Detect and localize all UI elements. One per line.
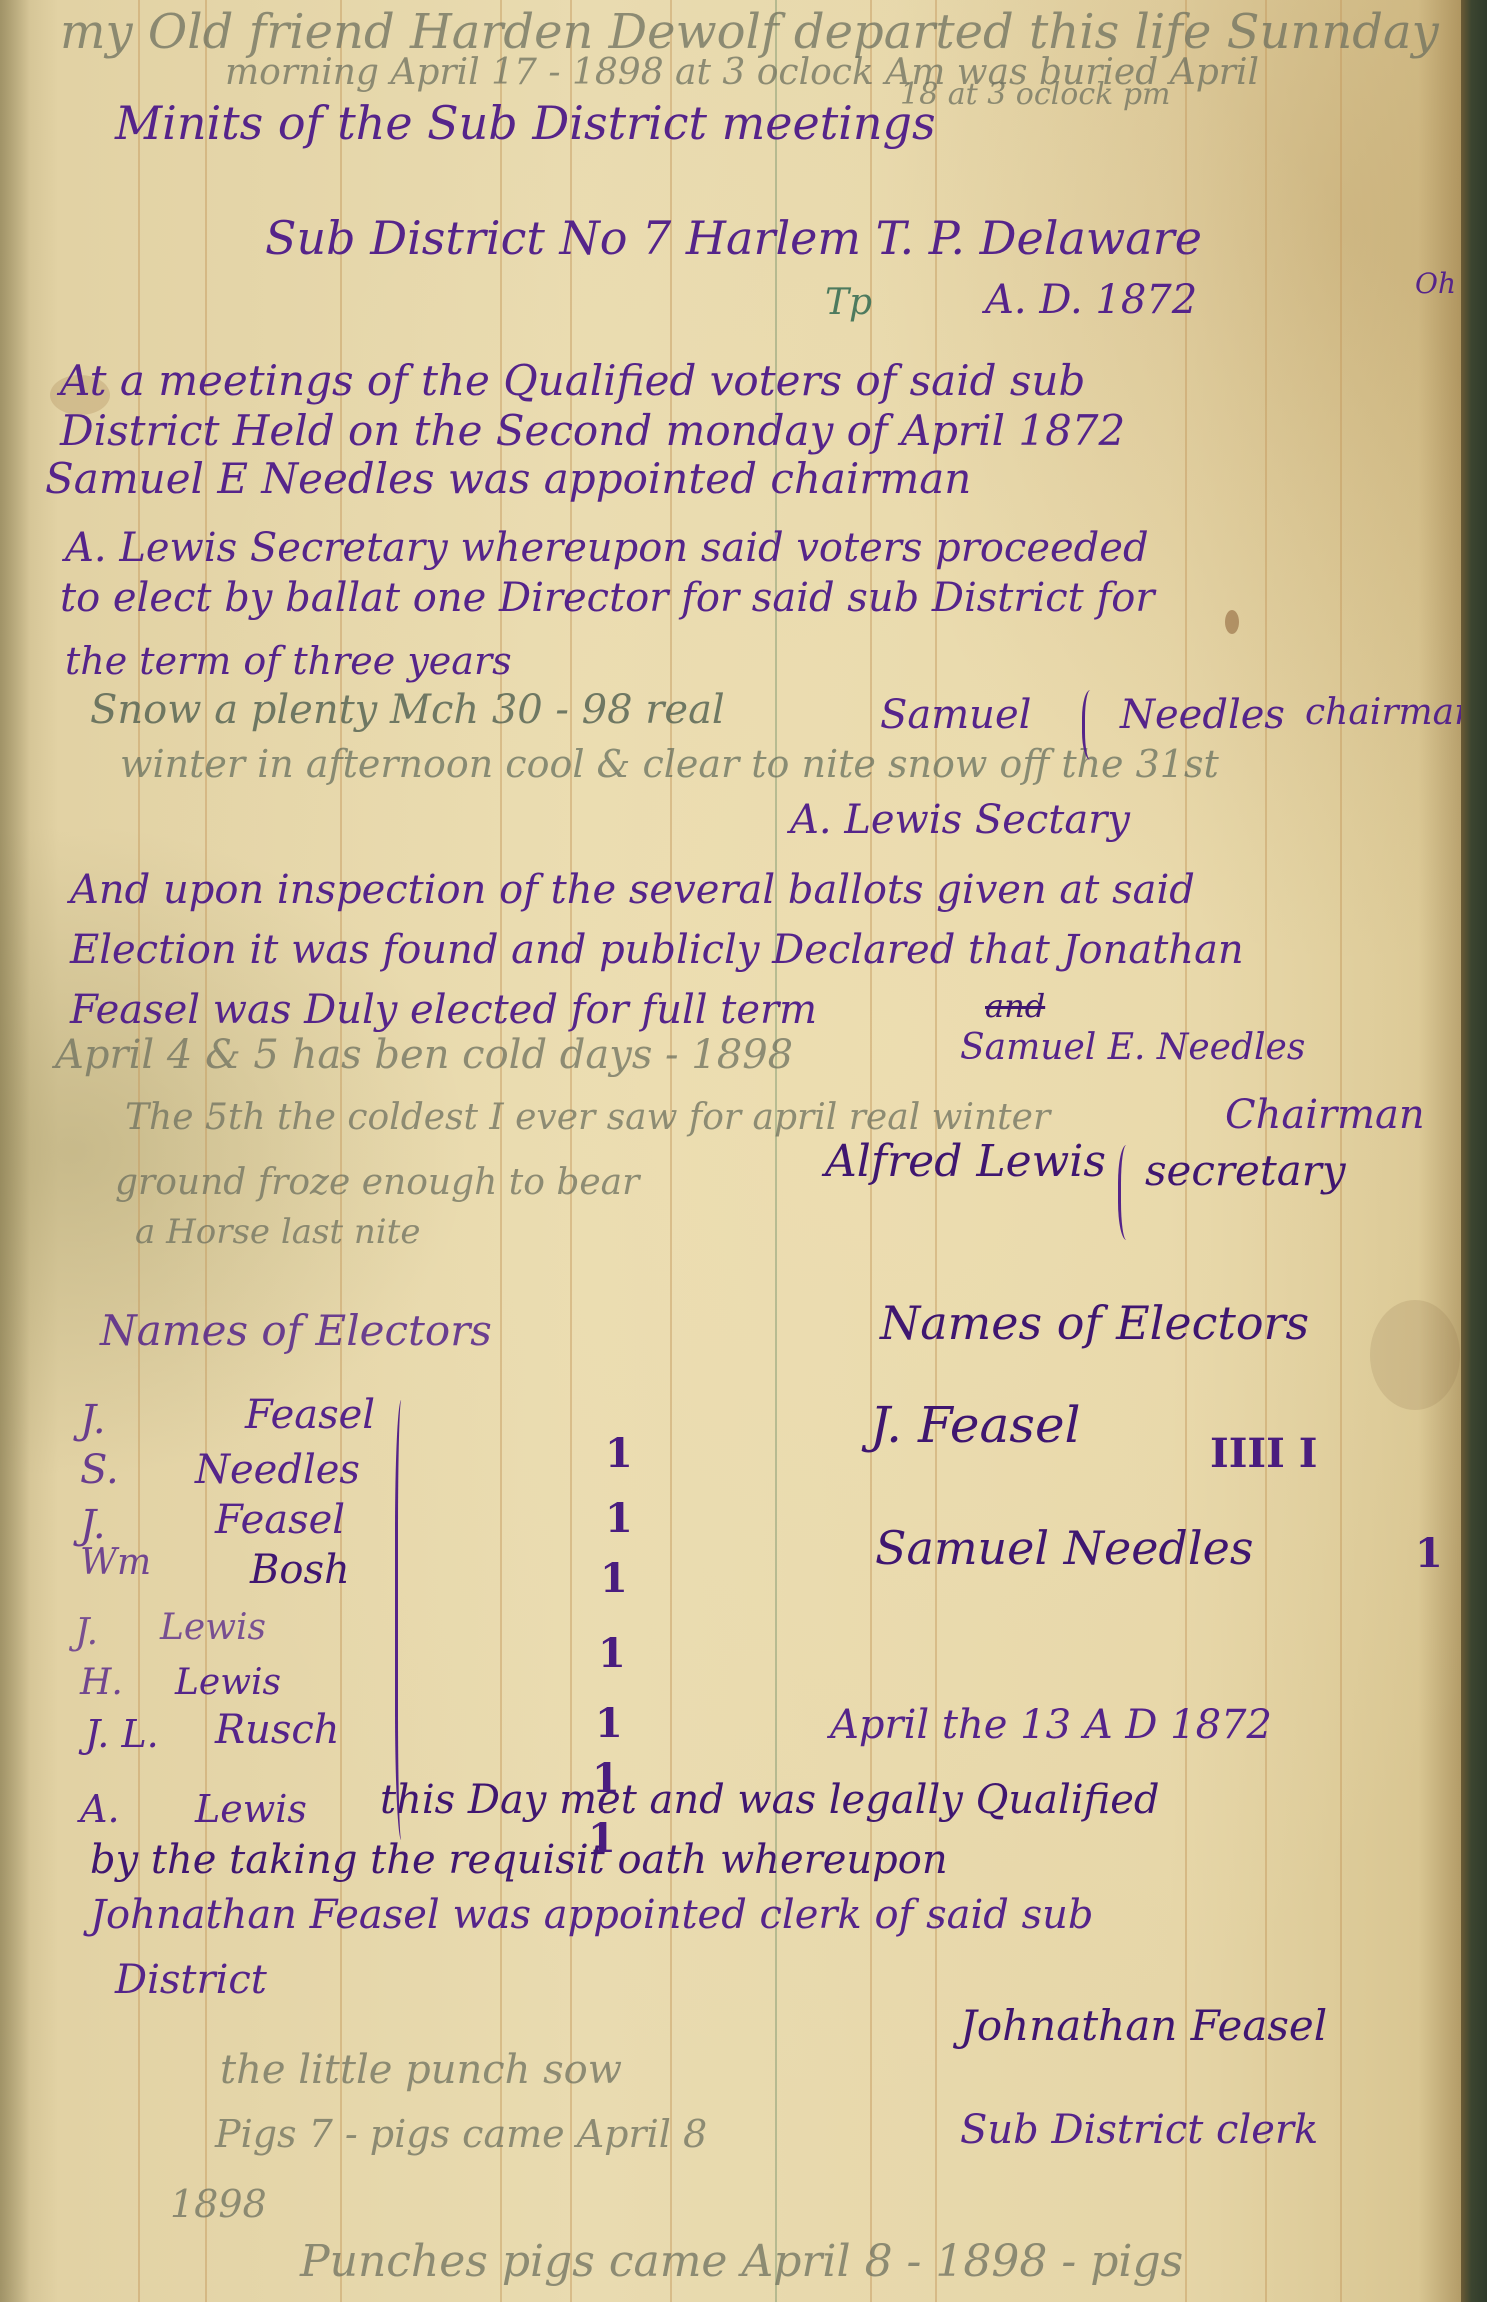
elector-surname: Needles <box>195 1450 360 1490</box>
stain <box>1370 1300 1460 1410</box>
pencil-note-cold-line4: a Horse last nite <box>135 1215 420 1249</box>
ledger-page: my Old friend Harden Dewolf departed thi… <box>0 0 1462 2302</box>
chairman-role-2: Chairman <box>1225 1095 1425 1135</box>
vote-mark: 1 <box>595 1700 623 1747</box>
vote-mark: 1 <box>605 1495 633 1542</box>
stain <box>1225 610 1239 634</box>
paragraph2-line1: And upon inspection of the several ballo… <box>70 870 1195 910</box>
result-tally: IIII I <box>1210 1430 1317 1477</box>
brace-bracket <box>1118 1145 1139 1240</box>
pencil-note-snow-line1: Snow a plenty Mch 30 - 98 real <box>90 690 725 730</box>
pencil-note-cold-line2: The 5th the coldest I ever saw for april… <box>125 1100 1050 1136</box>
state-abbrev: Oh <box>1415 270 1456 298</box>
elector-surname: Feasel <box>215 1500 345 1540</box>
ruled-line <box>340 0 342 2302</box>
electors-right-heading: Names of Electors <box>880 1300 1309 1346</box>
chairman-name: Samuel <box>880 695 1031 735</box>
elector-surname: Lewis <box>195 1790 307 1828</box>
elector-initial: J. <box>80 1400 106 1440</box>
pencil-note-pigs-line2: Pigs 7 - pigs came April 8 <box>215 2115 707 2153</box>
elector-surname: Bosh <box>250 1550 350 1590</box>
chairman-signature-2: Samuel E. Needles <box>960 1030 1305 1066</box>
pencil-note-cold-line1: April 4 & 5 has ben cold days - 1898 <box>55 1035 793 1075</box>
pencil-note-top-line1: my Old friend Harden Dewolf departed thi… <box>60 8 1439 56</box>
clerk-role: Sub District clerk <box>960 2110 1318 2150</box>
paragraph2-line3: Feasel was Duly elected for full term <box>70 990 817 1030</box>
vote-mark: 1 <box>600 1555 628 1602</box>
elector-initial: S. <box>80 1450 119 1490</box>
year-line: A. D. 1872 <box>985 280 1197 320</box>
pencil-note-cold-line3: ground froze enough to bear <box>115 1165 639 1201</box>
secretary-role-2: secretary <box>1145 1150 1346 1192</box>
chairman-surname: Needles <box>1120 695 1285 735</box>
elector-initial: H. <box>80 1665 123 1701</box>
paragraph1-line4: A. Lewis Secretary whereupon said voters… <box>65 528 1149 568</box>
pencil-note-pigs-line1: the little punch sow <box>220 2050 622 2090</box>
elector-initial: J. <box>75 1615 98 1651</box>
paragraph1-line5: to elect by ballat one Director for said… <box>60 578 1154 618</box>
elector-initial: J. L. <box>85 1715 159 1753</box>
ruled-line-green <box>775 0 777 2302</box>
brace-bracket <box>1082 690 1103 760</box>
elector-surname: Rusch <box>215 1710 340 1750</box>
oath-line4: District <box>115 1960 267 2000</box>
vote-mark: 1 <box>598 1630 626 1677</box>
elector-initial: Wm <box>80 1545 151 1581</box>
secretary-signature: A. Lewis Sectary <box>790 800 1130 840</box>
paragraph2-line2: Election it was found and publicly Decla… <box>70 930 1244 970</box>
oath-line2: by the taking the requisit oath whereupo… <box>90 1840 948 1880</box>
tp-abbrev: Tp <box>825 285 872 321</box>
elector-initial: J. <box>80 1505 106 1545</box>
result-name: J. Feasel <box>870 1400 1081 1450</box>
vote-mark: 1 <box>605 1430 633 1477</box>
elector-surname: Lewis <box>160 1610 266 1646</box>
elector-surname: Lewis <box>175 1665 281 1701</box>
clerk-signature: Johnathan Feasel <box>960 2005 1327 2047</box>
elector-surname: Feasel <box>245 1395 375 1435</box>
result-name: Samuel Needles <box>875 1525 1253 1571</box>
spine-shadow <box>0 0 30 2302</box>
ruled-line <box>500 0 502 2302</box>
paragraph1-line2: District Held on the Second monday of Ap… <box>60 410 1125 452</box>
elector-initial: A. <box>80 1790 120 1828</box>
chairman-role: chairman <box>1305 695 1477 731</box>
paragraph1-line3: Samuel E Needles was appointed chairman <box>45 458 971 500</box>
book-cover-edge <box>1461 0 1487 2302</box>
ruled-line <box>570 0 572 2302</box>
ruled-line <box>670 0 672 2302</box>
secretary-signature-2: Alfred Lewis <box>825 1140 1106 1184</box>
struck-word: and <box>985 990 1045 1022</box>
oath-date: April the 13 A D 1872 <box>830 1705 1272 1745</box>
pencil-note-pigs-line3: 1898 <box>170 2185 267 2223</box>
result-tally: 1 <box>1415 1530 1443 1577</box>
paragraph1-line1: At a meetings of the Qualified voters of… <box>60 360 1085 402</box>
pencil-note-top-line3: 18 at 3 oclock pm <box>900 80 1171 110</box>
pencil-note-snow-line2: winter in afternoon cool & clear to nite… <box>120 745 1219 783</box>
oath-line3: Johnathan Feasel was appointed clerk of … <box>90 1895 1093 1935</box>
pencil-note-punches-pigs: Punches pigs came April 8 - 1898 - pigs <box>300 2240 1183 2284</box>
district-line: Sub District No 7 Harlem T. P. Delaware <box>265 215 1202 261</box>
oath-line1: this Day met and was legally Qualified <box>380 1780 1160 1820</box>
electors-left-heading: Names of Electors <box>100 1310 492 1352</box>
paragraph1-line6: the term of three years <box>65 642 512 680</box>
page-title: Minits of the Sub District meetings <box>115 100 936 146</box>
electors-brace <box>395 1400 416 1840</box>
